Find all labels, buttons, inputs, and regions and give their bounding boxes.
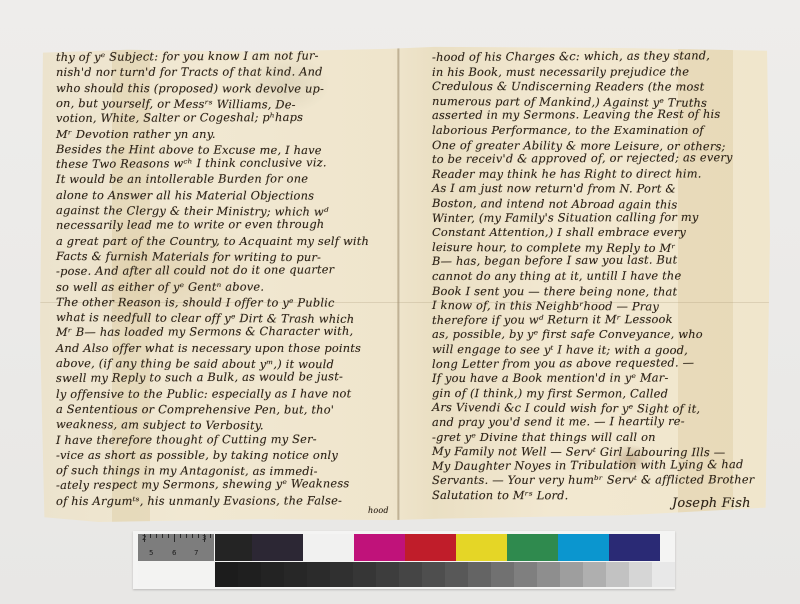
handwritten-line: these Two Reasons wᶜʰ I think conclusive…: [56, 155, 327, 171]
handwritten-line: of his Argumᵗˢ, his unmanly Evasions, th…: [56, 493, 342, 508]
handwritten-line: to be receiv'd & approved of, or rejecte…: [432, 150, 733, 166]
handwritten-line: nish'd nor turn'd for Tracts of that kin…: [56, 65, 323, 80]
color-patch-magenta: [354, 534, 405, 561]
handwritten-line: laborious Performance, to the Examinatio…: [432, 123, 704, 137]
handwritten-line: As I am just now return'd from N. Port &: [432, 181, 676, 196]
gray-step: [238, 562, 261, 587]
gray-step: [583, 562, 606, 587]
ruler-label: 5: [149, 549, 153, 557]
color-checker: 2 3 5 6 7: [133, 531, 675, 589]
handwritten-line: swell my Reply to such a Bulk, as would …: [56, 369, 343, 385]
gray-step: [307, 562, 330, 587]
gray-step: [284, 562, 307, 587]
gray-step: [468, 562, 491, 587]
handwritten-line: Winter, (my Family's Situation calling f…: [432, 209, 699, 224]
ruler-tick: [150, 534, 151, 538]
ruler-tick: [156, 534, 157, 538]
ruler-tick: [162, 534, 163, 538]
handwritten-line: so well as either of yᵉ Gentⁿ above.: [56, 279, 264, 293]
handwritten-line: Mʳ B— has loaded my Sermons & Character …: [56, 324, 353, 339]
handwritten-line: Reader may think he has Right to direct …: [432, 166, 702, 181]
letter-sheet: thy of yᵉ Subject: for you know I am not…: [40, 44, 770, 522]
handwritten-line: -pose. And after all could not do it one…: [56, 262, 334, 278]
gray-step: [261, 562, 284, 587]
ruler-tick: [168, 534, 169, 538]
handwritten-line: cannot do any thing at it, untill I have…: [432, 268, 681, 283]
handwritten-line: necessarily lead me to write or even thr…: [56, 217, 324, 232]
color-patch-white: [303, 534, 354, 561]
handwritten-line: ly offensive to the Public: especially a…: [56, 386, 351, 401]
gray-step: [537, 562, 560, 587]
gray-step: [399, 562, 422, 587]
color-patch-yellow: [456, 534, 507, 561]
color-patch-blue: [609, 534, 660, 561]
gray-step: [606, 562, 629, 587]
color-patch-cyan: [558, 534, 609, 561]
handwritten-line: in his Book, must necessarily prejudice …: [432, 64, 689, 79]
ruler-tick: [174, 534, 175, 542]
gray-step: [330, 562, 353, 587]
handwritten-line: Credulous & Undiscerning Readers (the mo…: [432, 79, 704, 94]
handwritten-line: votion, White, Salter or Cogeshal; pʰhap…: [56, 110, 303, 125]
handwritten-line: Book I sent you — there being none, that: [432, 284, 677, 299]
handwritten-line: I have therefore thought of Cutting my S…: [56, 431, 317, 446]
color-patch-green: [507, 534, 558, 561]
gray-step: [138, 562, 215, 587]
handwritten-line: a great part of the Country, to Acquaint…: [56, 234, 369, 248]
gray-step: [491, 562, 514, 587]
gray-step: [376, 562, 399, 587]
handwritten-line: If you have a Book mention'd in yᵉ Mar-: [432, 371, 669, 385]
handwritten-line: My Daughter Noyes in Tribulation with Ly…: [432, 457, 744, 473]
gray-step: [445, 562, 468, 587]
color-patch-black: [215, 534, 252, 561]
handwritten-line: B— has, began before I saw you last. But: [432, 253, 677, 269]
handwritten-line: And Also offer what is necessary upon th…: [56, 341, 361, 355]
gray-step: [422, 562, 445, 587]
handwritten-line: a Sententious or Comprehensive Pen, but,…: [56, 402, 334, 417]
handwritten-line: as, possible, by yᵉ first safe Conveyanc…: [432, 327, 703, 341]
handwritten-line: -vice as short as possible, by taking no…: [56, 448, 338, 462]
center-fold: [397, 44, 400, 522]
ruler-tick: [198, 534, 199, 538]
handwritten-line: -hood of his Charges &c: which, as they …: [432, 48, 710, 64]
ruler-tick: [192, 534, 193, 538]
handwritten-line: therefore if you wᵈ Return it Mʳ Lessook: [432, 312, 673, 327]
handwritten-line: asserted in my Sermons. Leaving the Rest…: [432, 107, 720, 122]
ruler-tick: [210, 534, 211, 538]
ruler-tick: [186, 534, 187, 538]
scale-ruler: 2 3 5 6 7: [138, 534, 214, 561]
handwritten-line: -ately respect my Sermons, shewing yᵉ We…: [56, 477, 350, 493]
ruler-label: 7: [194, 549, 198, 557]
gray-step: [514, 562, 537, 587]
handwritten-line: The other Reason is, should I offer to y…: [56, 295, 335, 310]
handwritten-line: weakness, am subject to Verbosity.: [56, 417, 264, 432]
gray-step: [215, 562, 238, 587]
gray-step: [560, 562, 583, 587]
handwritten-line: -gret yᵉ Divine that things will call on: [432, 430, 656, 444]
handwritten-line: who should this (proposed) work devolve …: [56, 81, 324, 96]
color-patch-red: [405, 534, 456, 561]
handwritten-line: It would be an intollerable Burden for o…: [56, 172, 308, 187]
color-patch-dark-navy: [252, 534, 303, 561]
gray-step: [652, 562, 675, 587]
handwritten-line: Mʳ Devotion rather yn any.: [56, 127, 216, 141]
handwritten-line: alone to Answer all his Material Objecti…: [56, 188, 314, 203]
ruler-tick: [204, 534, 205, 542]
ruler-label: 6: [172, 549, 176, 557]
handwritten-line: long Letter from you as above requested.…: [432, 355, 694, 371]
gray-step: [353, 562, 376, 587]
handwritten-line: Salutation to Mʳˢ Lord.: [432, 488, 569, 502]
handwritten-line: Constant Attention,) I shall embrace eve…: [432, 225, 686, 239]
ruler-tick: [144, 534, 145, 542]
ruler-tick: [180, 534, 181, 538]
gray-step: [629, 562, 652, 587]
handwritten-line: Servants. — Your very humᵇʳ Servᵗ & affl…: [432, 473, 754, 488]
catchword: hood: [368, 506, 389, 515]
signature: Joseph Fish: [672, 496, 751, 511]
handwritten-line: gin of (I think,) my first Sermon, Calle…: [432, 386, 668, 400]
handwritten-line: and pray you'd send it me. — I heartily …: [432, 414, 685, 429]
handwritten-line: on, but yourself, or Messʳˢ Williams, De…: [56, 96, 296, 112]
